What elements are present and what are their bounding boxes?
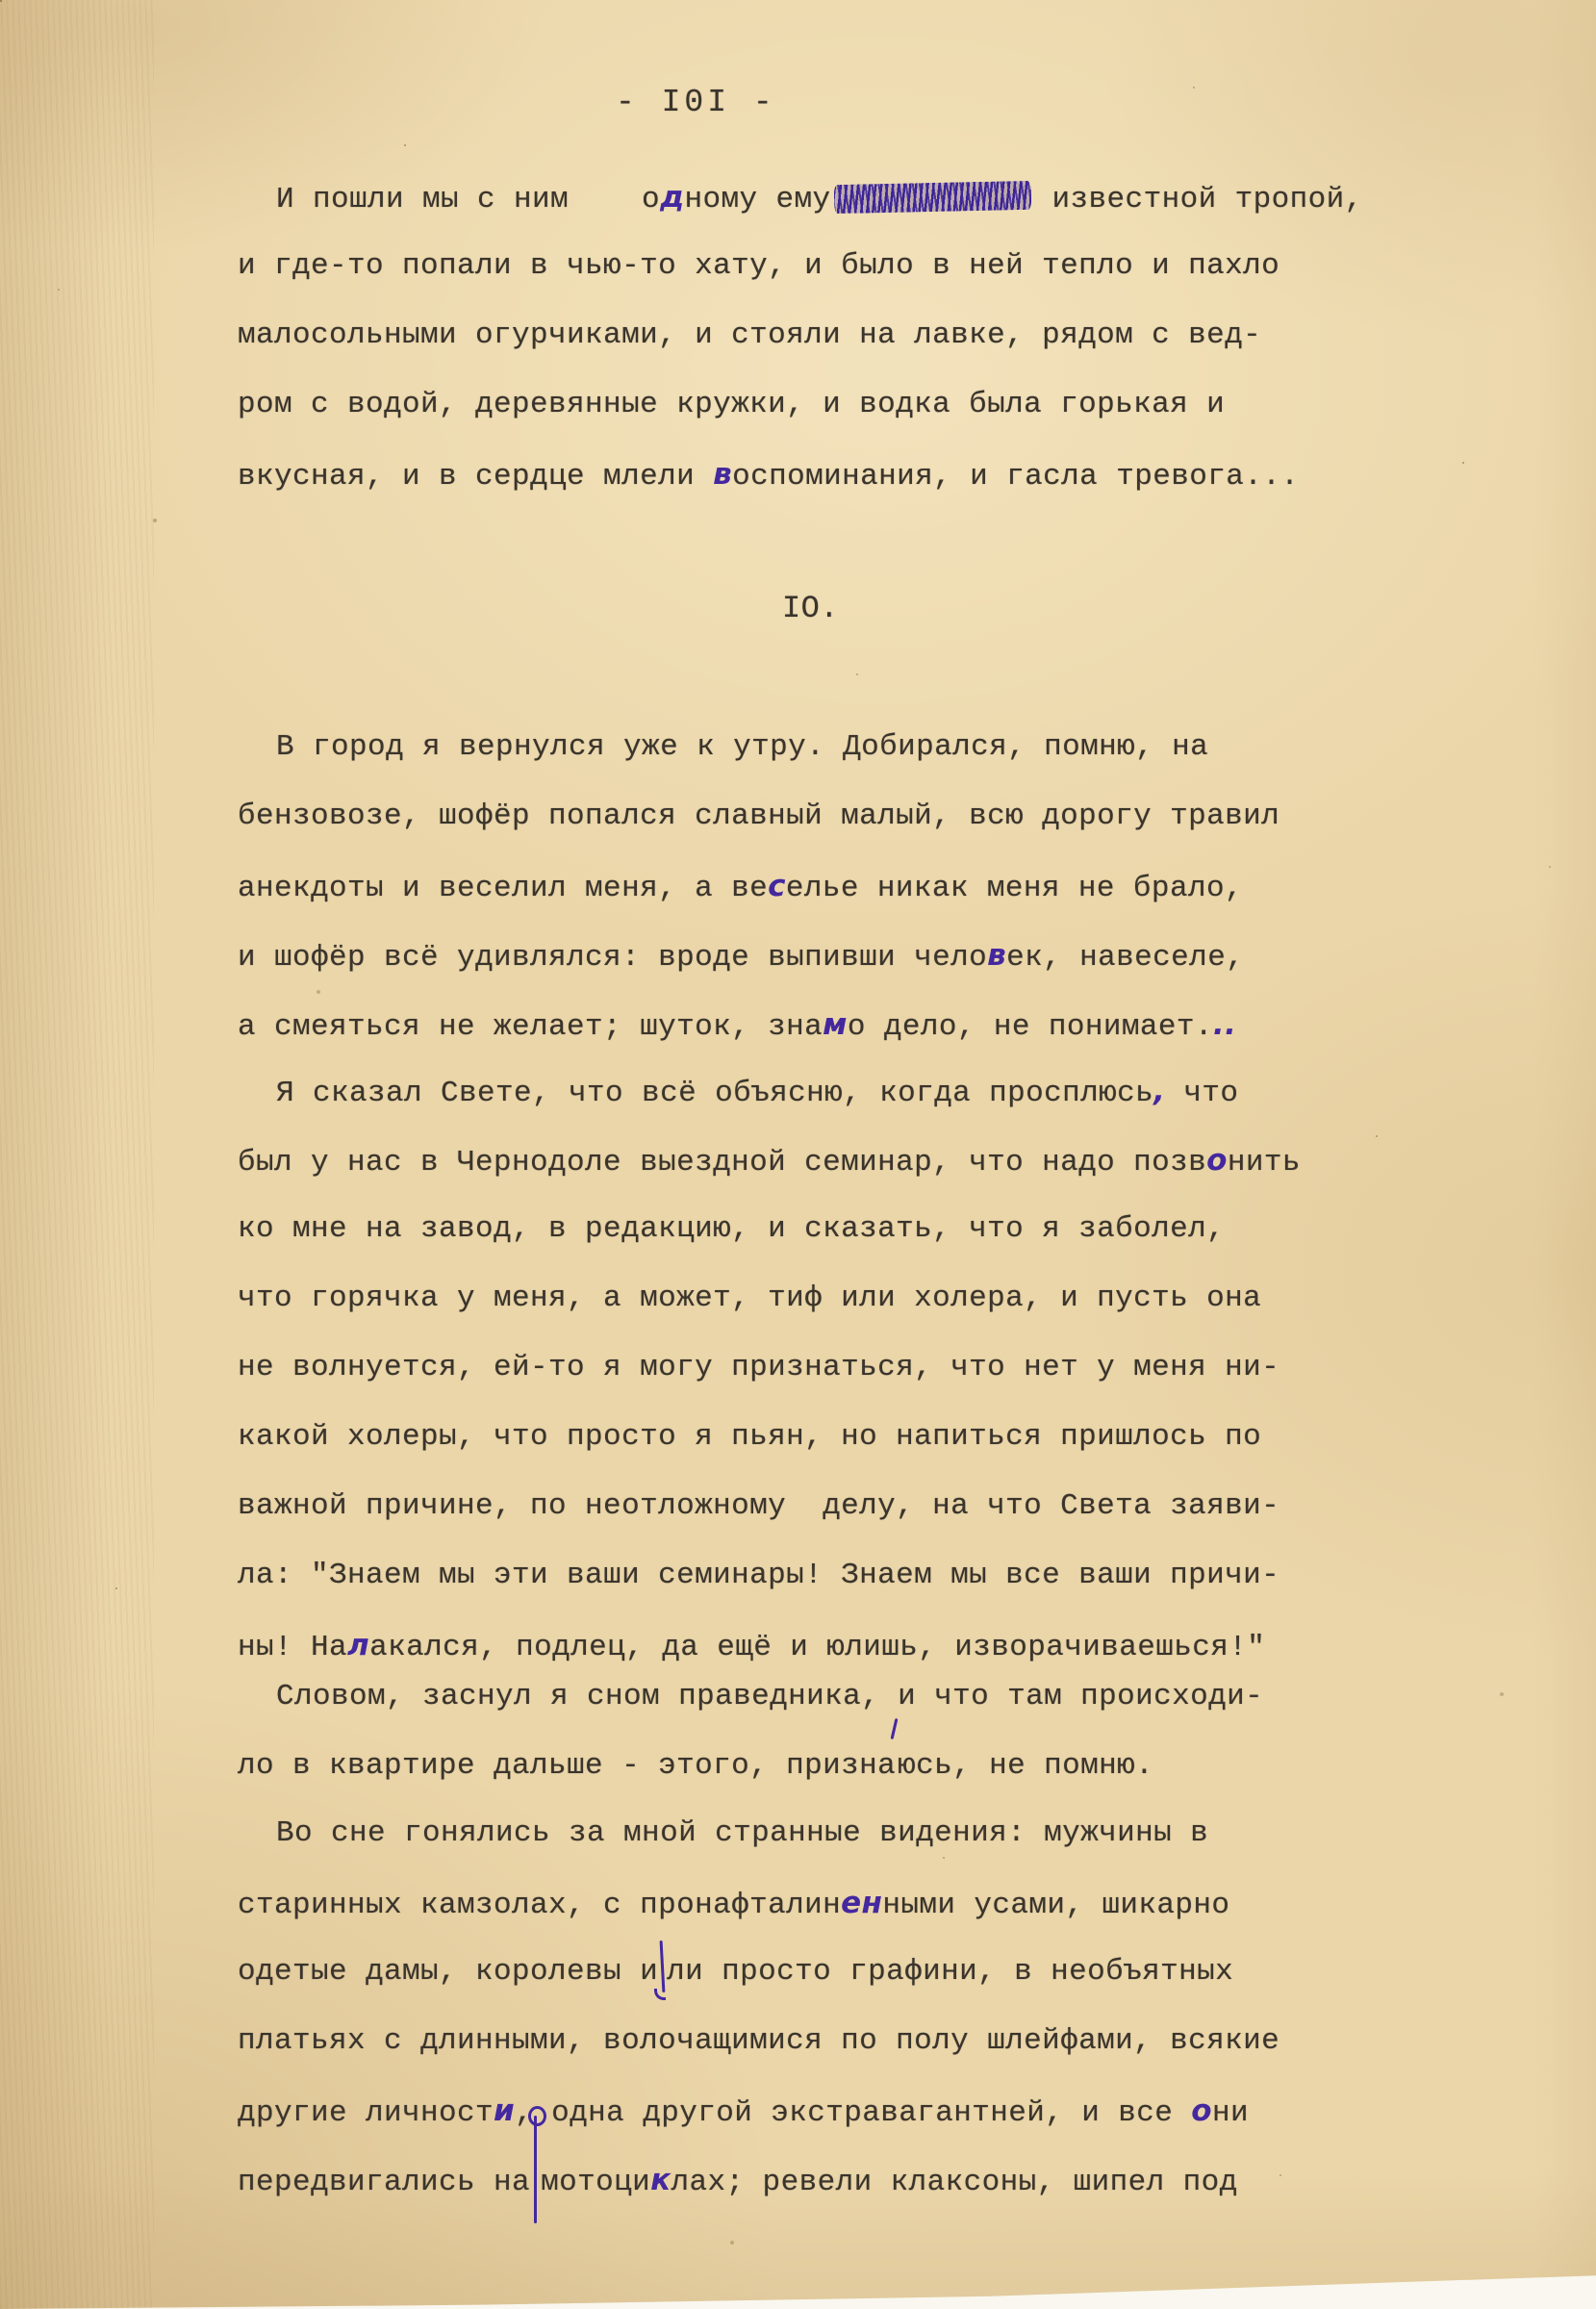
text-line: а смеяться не желает; шуток, знамо дело,… <box>0 990 1596 1059</box>
typed-text: ло в квартире дальше - этого, призна <box>238 1749 896 1783</box>
text-line: платьях с длинными, волочащимися по полу… <box>0 2007 1596 2076</box>
typed-text: важной причине, по неотложному делу, на … <box>238 1489 1279 1523</box>
text-line: ко мне на завод, в редакцию, и сказать, … <box>0 1195 1596 1264</box>
typed-text: ла: "Знаем мы эти ваши семинары! Знаем м… <box>238 1559 1279 1592</box>
text-line: ло в квартире дальше - этого, признаюсь,… <box>0 1732 1596 1801</box>
ink-correction: .. <box>1213 1007 1236 1042</box>
typed-text: нить <box>1228 1146 1301 1180</box>
ink-correction: о <box>1191 2093 1212 2128</box>
text-line: И пошли мы с ним одному ему известной тр… <box>0 163 1596 232</box>
text-line: ром с водой, деревянные кружки, и водка … <box>0 370 1596 440</box>
typed-text: другие личност <box>238 2096 494 2130</box>
text-line: бензовозе, шофёр попался славный малый, … <box>0 782 1596 851</box>
typed-text: оспоминания, и гасла тревога... <box>732 460 1299 494</box>
text-line: что горячка у меня, а может, тиф или хол… <box>0 1264 1596 1333</box>
text-line: Во сне гонялись за мной странные видения… <box>0 1799 1596 1868</box>
typed-text: был у нас в Чернодоле выездной семинар, … <box>238 1146 1206 1180</box>
typed-text: И пошли мы с ним о <box>276 183 660 216</box>
section-heading: IO. <box>782 574 839 644</box>
ink-correction: м <box>823 1007 848 1042</box>
typed-text: анекдоты и веселил меня, а ве <box>238 872 768 905</box>
text-line: В город я вернулся уже к утру. Добирался… <box>0 713 1596 782</box>
manuscript-page: - I0I - И пошли мы с ним одному ему изве… <box>0 0 1596 2309</box>
typed-text: мотоци <box>541 2166 650 2199</box>
typed-text: ек, навеселе, <box>1006 941 1244 975</box>
typed-text: что <box>1165 1077 1238 1110</box>
typed-text: бензовозе, шофёр попался славный малый, … <box>238 799 1279 833</box>
typed-text: старинных камзолах, с пронафталин <box>238 1889 841 1922</box>
typed-text: какой холеры, что просто я пьян, но напи… <box>238 1420 1261 1454</box>
typed-text: одетые дамы, королевы и <box>238 1955 658 1989</box>
typed-text: ли просто графини, в необъятных <box>667 1955 1233 1989</box>
text-line: IO. <box>782 574 839 644</box>
scanner-background: - I0I - И пошли мы с ним одному ему изве… <box>0 0 1596 2309</box>
typed-text: В город я вернулся уже к утру. Добирался… <box>276 730 1208 764</box>
typed-text: о дело, не понимает. <box>848 1010 1213 1044</box>
ink-insert-mark <box>658 1949 667 1979</box>
typed-text: ром с водой, деревянные кружки, и водка … <box>238 388 1225 421</box>
typed-text: передвигались на <box>238 2166 530 2199</box>
ink-correction: к <box>650 2163 671 2197</box>
text-line: малосольными огурчиками, и стояли на лав… <box>0 301 1596 370</box>
ink-scribble <box>833 181 1031 214</box>
paragraph: Словом, заснул я сном праведника, и что … <box>0 1662 1596 1801</box>
typed-text: ными усами, шикарно <box>882 1889 1229 1922</box>
ink-insert-mark-tall <box>530 2160 541 2190</box>
ink-correction: л <box>347 1628 369 1662</box>
typed-text: Во сне гонялись за мной странные видения… <box>276 1816 1208 1850</box>
manuscript-text: И пошли мы с ним одному ему известной тр… <box>0 0 1596 2309</box>
typed-text: что горячка у меня, а может, тиф или хол… <box>238 1281 1261 1315</box>
ink-correction: ен <box>841 1886 882 1920</box>
text-line: важной причине, по неотложному делу, на … <box>0 1472 1596 1541</box>
ink-correction: и <box>494 2093 515 2128</box>
text-line: и шофёр всё удивлялся: вроде выпивши чел… <box>0 921 1596 990</box>
typed-text: ному ему <box>685 183 831 216</box>
text-line: одетые дамы, королевы или просто графини… <box>0 1938 1596 2007</box>
ink-correction: о <box>1206 1143 1228 1178</box>
text-line: Словом, заснул я сном праведника, и что … <box>0 1662 1596 1732</box>
typed-text: не волнуется, ей-то я могу признаться, ч… <box>238 1351 1279 1384</box>
text-line: вкусная, и в сердце млели воспоминания, … <box>0 440 1596 509</box>
ink-correction: с <box>768 869 786 903</box>
typed-text: , одна другой экстравагантней, и все <box>515 2096 1191 2130</box>
typed-text: известной тропой, <box>1034 183 1363 216</box>
text-line: Я сказал Свете, что всё объясню, когда п… <box>0 1056 1596 1126</box>
typed-text: Словом, заснул я сном праведника, и что … <box>276 1680 1263 1713</box>
paragraph: В город я вернулся уже к утру. Добирался… <box>0 713 1596 1059</box>
typed-text: акался, подлец, да ещё и юлишь, изворачи… <box>369 1631 1265 1664</box>
typed-text: вкусная, и в сердце млели <box>238 460 713 494</box>
ink-stress-mark <box>896 1743 898 1773</box>
typed-text: лах; ревели клаксоны, шипел под <box>671 2166 1238 2199</box>
paragraph: Я сказал Свете, что всё объясню, когда п… <box>0 1056 1596 1680</box>
typed-text: елье никак меня не брало, <box>786 872 1243 905</box>
text-line: был у нас в Чернодоле выездной семинар, … <box>0 1126 1596 1195</box>
ink-correction: д <box>660 180 684 215</box>
typed-text: Я сказал Свете, что всё объясню, когда п… <box>276 1077 1153 1110</box>
text-line: анекдоты и веселил меня, а веселье никак… <box>0 851 1596 921</box>
typed-text: а смеяться не желает; шуток, зна <box>238 1010 823 1044</box>
paragraph: Во сне гонялись за мной странные видения… <box>0 1799 1596 2215</box>
paragraph: И пошли мы с ним одному ему известной тр… <box>0 163 1596 509</box>
typed-text: ко мне на завод, в редакцию, и сказать, … <box>238 1212 1225 1246</box>
text-line: ла: "Знаем мы эти ваши семинары! Знаем м… <box>0 1541 1596 1611</box>
text-line: старинных камзолах, с пронафталиненными … <box>0 1868 1596 1938</box>
typed-text: юсь, не помню. <box>898 1749 1153 1783</box>
ink-correction: в <box>987 938 1006 973</box>
typed-text: ни <box>1212 2096 1249 2130</box>
text-line: передвигались намотоциклах; ревели клакс… <box>0 2145 1596 2215</box>
typed-text: и где-то попали в чью-то хату, и было в … <box>238 249 1279 283</box>
text-line: не волнуется, ей-то я могу признаться, ч… <box>0 1333 1596 1403</box>
typed-text: ны! На <box>238 1631 347 1664</box>
typed-text: малосольными огурчиками, и стояли на лав… <box>238 318 1261 352</box>
text-line: какой холеры, что просто я пьян, но напи… <box>0 1403 1596 1472</box>
typed-text: платьях с длинными, волочащимися по полу… <box>238 2024 1279 2058</box>
typed-text: IO. <box>782 591 839 626</box>
text-line: и где-то попали в чью-то хату, и было в … <box>0 232 1596 301</box>
ink-correction: , <box>1153 1074 1165 1108</box>
ink-correction: в <box>713 457 732 492</box>
text-line: другие личности, одна другой экстраваган… <box>0 2076 1596 2145</box>
typed-text: и шофёр всё удивлялся: вроде выпивши чел… <box>238 941 987 975</box>
